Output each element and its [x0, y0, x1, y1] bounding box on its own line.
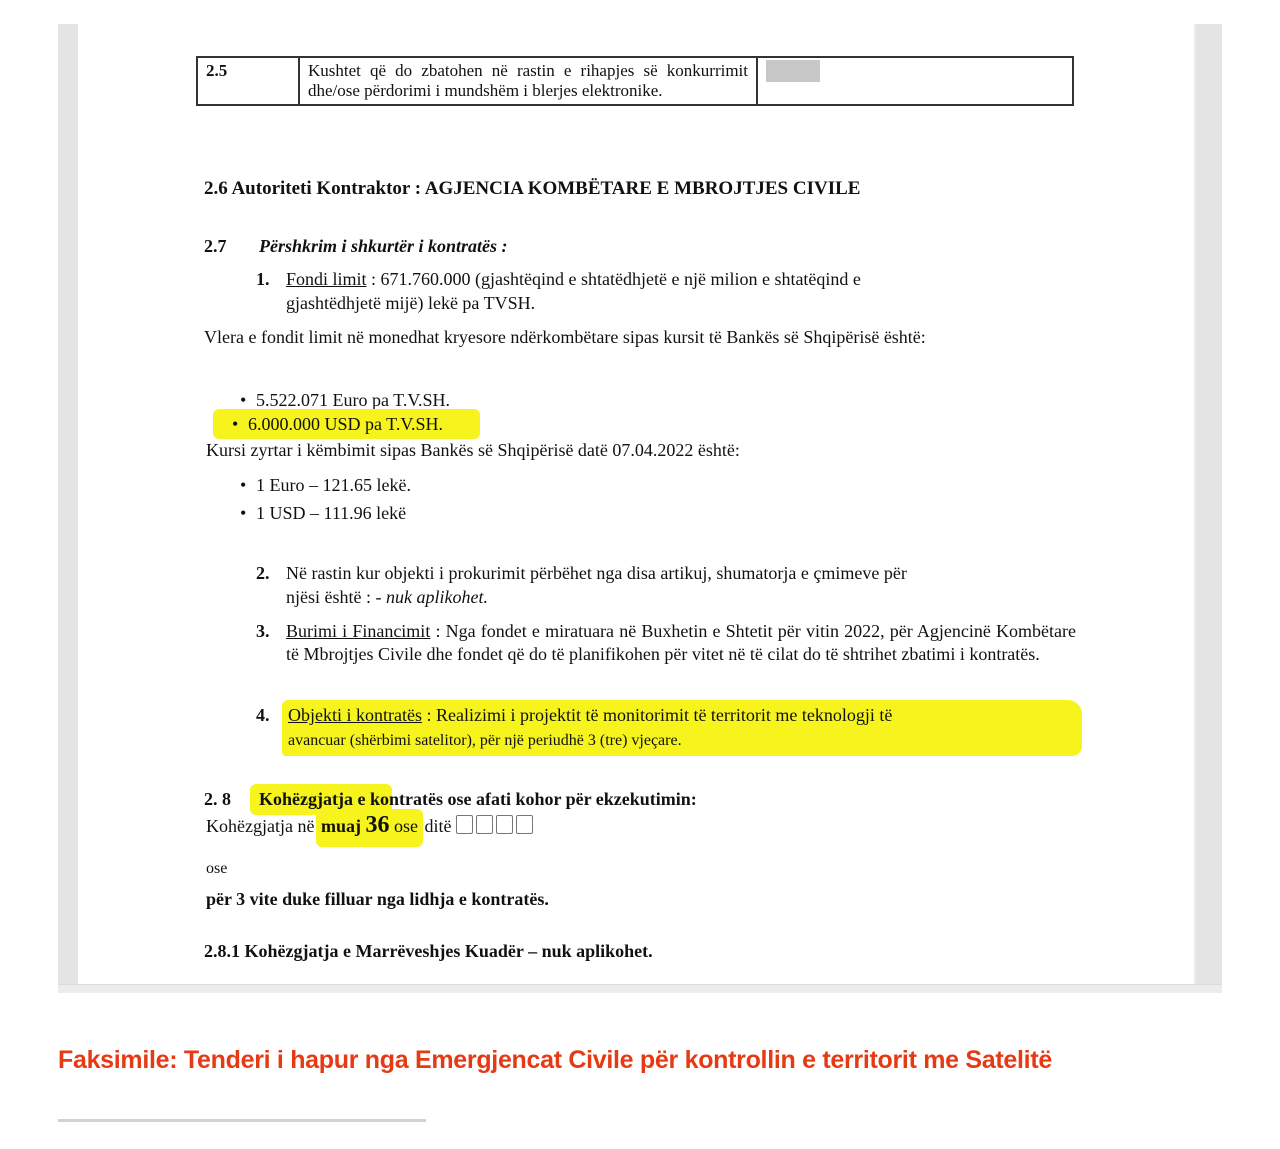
duration-prefix: Kohëzgjatja në — [206, 816, 319, 836]
frame-bottom-edge — [58, 984, 1222, 993]
duration-unit: muaj — [321, 816, 361, 836]
duration-years-text: për 3 vite duke filluar nga lidhja e kon… — [206, 888, 549, 910]
day-checkbox — [476, 815, 493, 834]
exchange-rate-intro: Kursi zyrtar i këmbimit sipas Bankës së … — [206, 439, 740, 461]
exchange-rate-usd: •1 USD – 111.96 lekë — [228, 502, 406, 524]
section-2-8-1-heading: 2.8.1 Kohëzgjatja e Marrëveshjes Kuadër … — [204, 940, 653, 962]
highlighter-mark: •6.000.000 USD pa T.V.SH. — [216, 412, 477, 436]
table-cell-description: Kushtet që do zbatohen në rastin e rihap… — [299, 57, 757, 105]
section-2-8-heading: 2. 8Kohëzgjatja e kontratës ose afati ko… — [204, 788, 697, 810]
section-2-7-title: Përshkrim i shkurtër i kontratës : — [259, 236, 508, 256]
item-4-label: Objekti i kontratës — [288, 705, 422, 725]
exchange-rate-euro: •1 Euro – 121.65 lekë. — [228, 474, 411, 496]
duration-value: 36 — [365, 812, 389, 838]
value-intro-paragraph: Vlera e fondit limit në monedhat kryesor… — [204, 324, 1074, 350]
duration-line: Kohëzgjatja në muaj 36 ose ditë — [206, 814, 536, 837]
item-2-text: Në rastin kur objekti i prokurimit përbë… — [286, 563, 907, 583]
item-3-number-wrap: 3. — [256, 620, 286, 642]
duration-highlighted: muaj 36 ose — [319, 812, 420, 844]
table-row: 2.5 Kushtet që do zbatohen në rastin e r… — [197, 57, 1073, 105]
currency-value-usd: •6.000.000 USD pa T.V.SH. — [228, 413, 477, 435]
item-4-line2: avancuar (shërbimi satelitor), për një p… — [288, 730, 682, 752]
item-2-line1: 2.Në rastin kur objekti i prokurimit për… — [256, 562, 907, 584]
document-page: 2.5 Kushtet që do zbatohen në rastin e r… — [78, 24, 1194, 984]
section-divider — [58, 1119, 426, 1122]
exchange-rate-text: 1 Euro – 121.65 lekë. — [256, 475, 411, 495]
item-3-burimi-financimit: Burimi i Financimit : Nga fondet e mirat… — [286, 620, 1076, 666]
frame-right-margin — [1194, 24, 1222, 984]
bullet-icon: • — [228, 474, 256, 496]
item-1-fondi-limit: 1.Fondi limit : 671.760.000 (gjashtëqind… — [256, 268, 861, 290]
bullet-icon: • — [228, 389, 256, 411]
duration-days-label: ditë — [420, 816, 456, 836]
item-3-label: Burimi i Financimit — [286, 621, 430, 641]
item-2-number: 2. — [256, 562, 286, 584]
bullet-icon: • — [228, 502, 256, 524]
section-2-8-title-highlighted: Kohëzgjatja e ko — [253, 787, 389, 812]
item-3-number: 3. — [256, 620, 286, 642]
day-checkbox — [496, 815, 513, 834]
section-2-7-number: 2.7 — [204, 236, 227, 256]
item-4-text: : Realizimi i projektit të monitorimit t… — [422, 705, 892, 725]
section-2-8-number: 2. 8 — [204, 789, 231, 809]
item-1-number: 1. — [256, 268, 286, 290]
item-1-text: : 671.760.000 (gjashtëqind e shtatëdhjet… — [367, 269, 861, 289]
item-2-text-italic: nuk aplikohet. — [386, 587, 488, 607]
section-2-8-title-rest: ntratës ose afati kohor për ekzekutimin: — [389, 789, 697, 809]
exchange-rate-text: 1 USD – 111.96 lekë — [256, 503, 406, 523]
day-checkbox — [456, 815, 473, 834]
table-cell-value — [757, 57, 1073, 105]
document-content: 2.5 Kushtet që do zbatohen në rastin e r… — [78, 24, 1194, 984]
item-4-line1: Objekti i kontratës : Realizimi i projek… — [288, 704, 892, 726]
frame-left-margin — [58, 24, 78, 984]
section-2-6-heading: 2.6 Autoriteti Kontraktor : AGJENCIA KOM… — [204, 178, 860, 200]
redacted-value-box — [766, 60, 820, 82]
item-2-text-plain: njësi është : - — [286, 587, 386, 607]
image-caption: Faksimile: Tenderi i hapur nga Emergjenc… — [58, 1046, 1052, 1075]
day-checkbox — [516, 815, 533, 834]
currency-value-text: 5.522.071 Euro pa T.V.SH. — [256, 390, 450, 410]
item-1-text-line2: gjashtëdhjetë mijë) lekë pa TVSH. — [286, 292, 535, 314]
currency-value-text: 6.000.000 USD pa T.V.SH. — [248, 414, 443, 434]
currency-value-euro: •5.522.071 Euro pa T.V.SH. — [228, 389, 450, 411]
table-cell-number: 2.5 — [197, 57, 299, 105]
day-checkboxes — [456, 816, 536, 836]
table-2-5: 2.5 Kushtet që do zbatohen në rastin e r… — [196, 56, 1074, 106]
duration-or: ose — [389, 816, 418, 836]
bullet-icon: • — [220, 413, 248, 435]
document-image-frame: 2.5 Kushtet që do zbatohen në rastin e r… — [58, 24, 1222, 992]
item-2-line2: njësi është : - nuk aplikohet. — [286, 586, 488, 608]
or-text: ose — [206, 858, 227, 880]
section-2-7-heading: 2.7 Përshkrim i shkurtër i kontratës : — [204, 235, 508, 257]
item-1-label: Fondi limit — [286, 269, 367, 289]
